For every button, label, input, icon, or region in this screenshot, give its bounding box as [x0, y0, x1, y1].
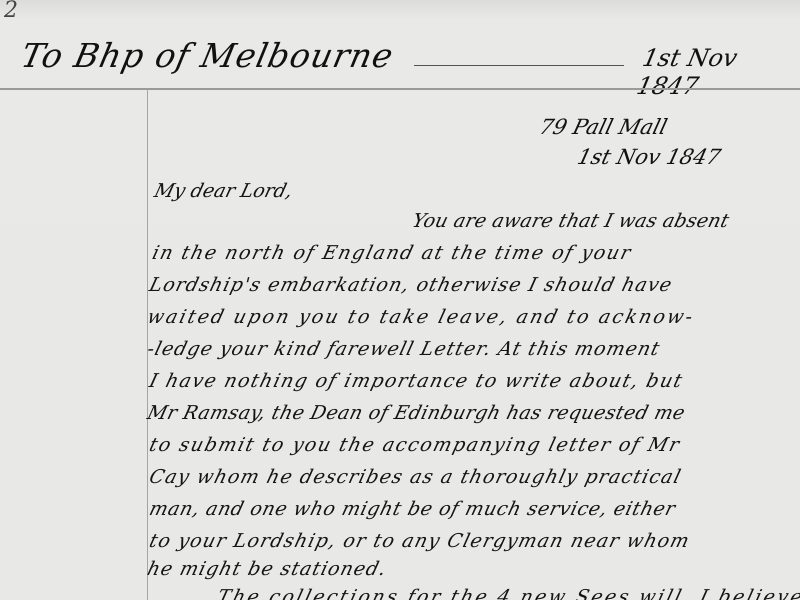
- letter-line: Mr Ramsay, the Dean of Edinburgh has req…: [145, 402, 688, 424]
- letter-line: Lordship's embarkation, otherwise I shou…: [147, 274, 675, 296]
- letter-line: he might be stationed.: [145, 558, 389, 580]
- letter-line: You are aware that I was absent: [410, 210, 731, 232]
- letter-line: waited upon you to take leave, and to ac…: [145, 306, 697, 328]
- letter-line: Cay whom he describes as a thoroughly pr…: [147, 466, 684, 488]
- letter-line: The collections for the 4 new Sees will,…: [215, 586, 800, 600]
- letter-line: in the north of England at the time of y…: [150, 242, 634, 264]
- salutation: My dear Lord,: [152, 180, 295, 202]
- letter-line: I have nothing of importance to write ab…: [147, 370, 686, 392]
- letter-body: My dear Lord, You are aware that I was a…: [0, 0, 800, 600]
- letter-page: 2 To Bhp of Melbourne 1st Nov 1847 79 Pa…: [0, 0, 800, 600]
- letter-line: man, and one who might be of much servic…: [147, 498, 678, 520]
- letter-line: -ledge your kind farewell Letter. At thi…: [145, 338, 663, 360]
- letter-line: to submit to you the accompanying letter…: [147, 434, 683, 456]
- letter-line: to your Lordship, or to any Clergyman ne…: [147, 530, 693, 552]
